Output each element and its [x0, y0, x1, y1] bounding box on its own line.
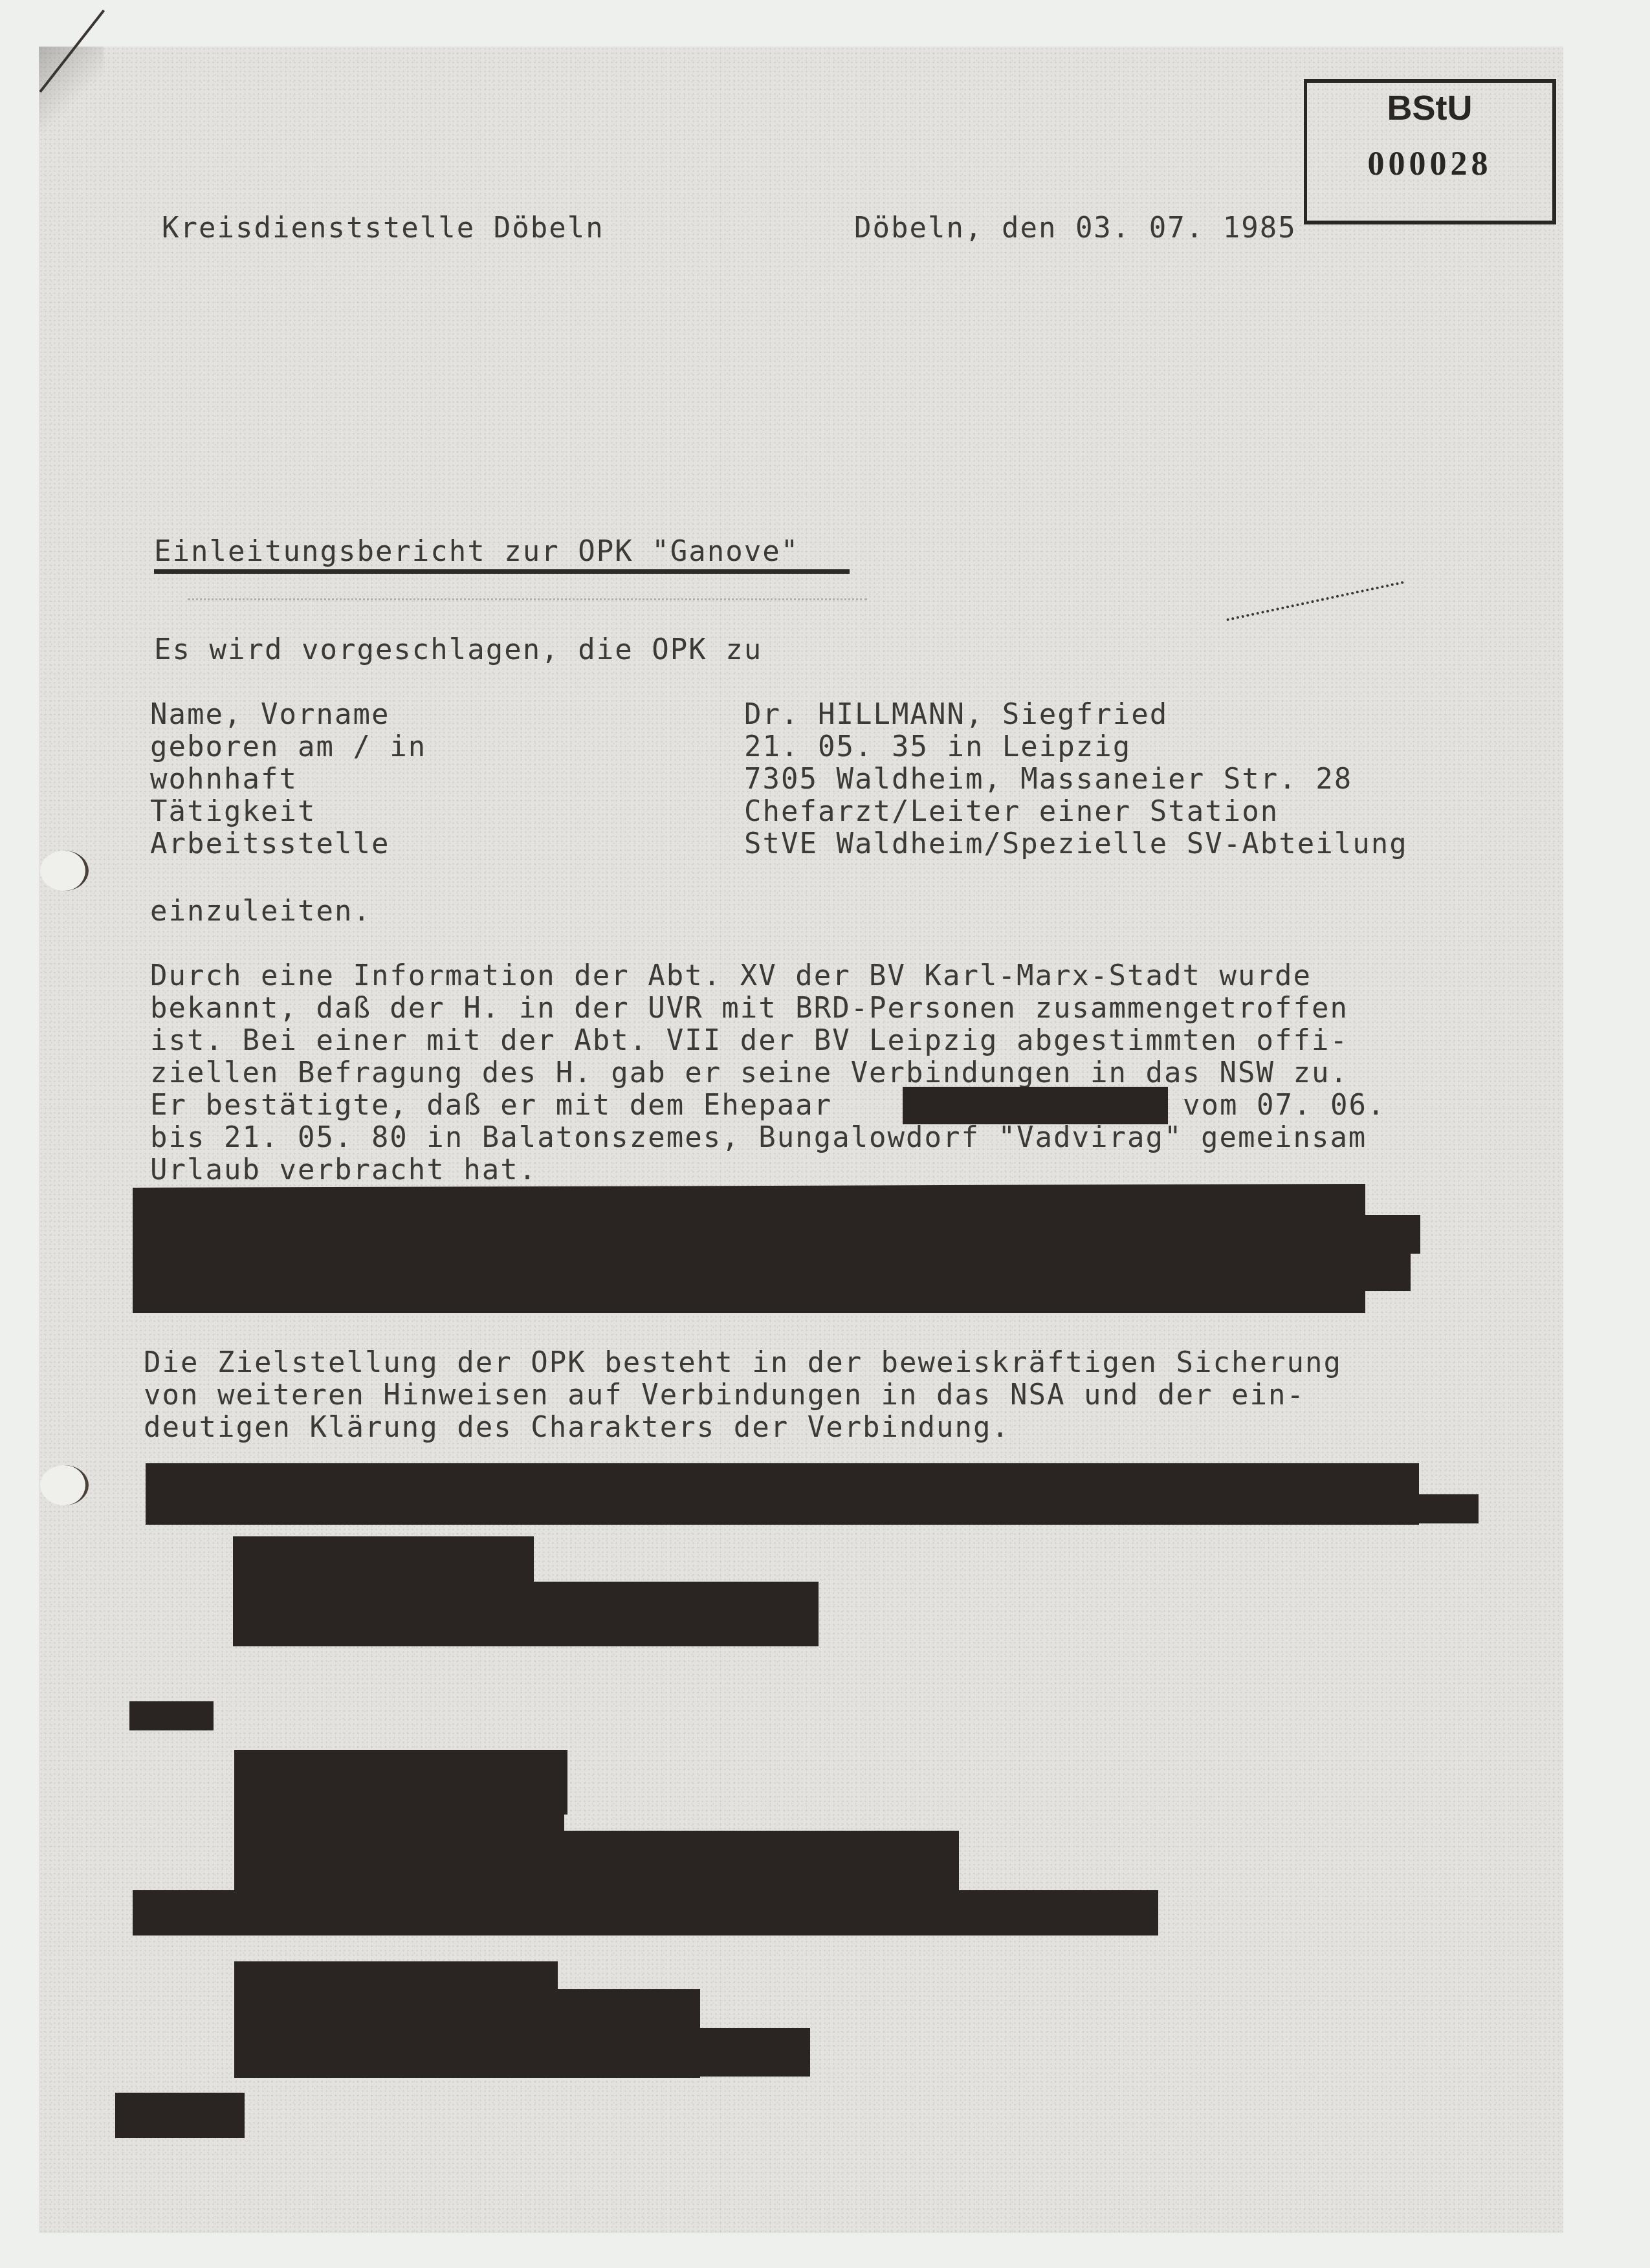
redaction-block: [133, 1184, 1365, 1313]
field-value-name: Dr. HILLMANN, Siegfried: [744, 699, 1168, 731]
field-label-birth: geboren am / in: [150, 731, 426, 763]
field-label-workplace: Arbeitsstelle: [150, 828, 390, 860]
closing-verb: einzuleiten.: [150, 895, 371, 928]
paragraph-line: bis 21. 05. 80 in Balatonszemes, Bungalo…: [150, 1122, 1367, 1154]
redaction-block: [129, 1701, 214, 1730]
redaction-block: [1326, 1215, 1420, 1254]
document-title: Einleitungsbericht zur OPK "Ganove": [154, 536, 799, 568]
punch-hole-bottom: [40, 1465, 89, 1505]
redaction-block: [233, 1582, 819, 1646]
field-label-residence: wohnhaft: [150, 763, 298, 796]
redaction-block: [1333, 1494, 1479, 1523]
paragraph-line: deutigen Klärung des Charakters der Verb…: [144, 1412, 1010, 1444]
paragraph-line: von weiteren Hinweisen auf Verbindungen …: [144, 1379, 1305, 1412]
office-name: Kreisdienststelle Döbeln: [162, 212, 604, 245]
field-value-birth: 21. 05. 35 in Leipzig: [744, 731, 1131, 763]
punch-hole-top: [40, 851, 89, 891]
field-value-workplace: StVE Waldheim/Spezielle SV-Abteilung: [744, 828, 1408, 860]
paragraph-line: Er bestätigte, daß er mit dem Ehepaar: [150, 1089, 832, 1122]
faint-dotted-line: [188, 598, 867, 600]
paragraph-line: Urlaub verbracht hat.: [150, 1154, 537, 1186]
paragraph-line: Durch eine Information der Abt. XV der B…: [150, 960, 1312, 992]
redaction-block: [1359, 1254, 1411, 1291]
redaction-block: [234, 1831, 959, 1895]
archive-stamp: BStU 000028: [1304, 79, 1556, 224]
field-label-occupation: Tätigkeit: [150, 796, 316, 828]
title-underline: [154, 569, 850, 574]
paragraph-line: bekannt, daß der H. in der UVR mit BRD-P…: [150, 992, 1348, 1025]
field-value-residence: 7305 Waldheim, Massaneier Str. 28: [744, 763, 1352, 796]
intro-text: Es wird vorgeschlagen, die OPK zu: [154, 634, 762, 666]
stamp-number: 000028: [1307, 145, 1552, 183]
redaction-block: [133, 1890, 1158, 1935]
stamp-title: BStU: [1307, 88, 1552, 128]
paragraph-line: ist. Bei einer mit der Abt. VII der BV L…: [150, 1025, 1348, 1057]
folded-corner-shadow: [39, 47, 104, 137]
redaction-block: [146, 1463, 1419, 1525]
paragraph-line-tail: vom 07. 06.: [1183, 1089, 1385, 1122]
date-line: Döbeln, den 03. 07. 1985: [854, 212, 1297, 245]
redacted-name: [903, 1087, 1168, 1124]
paragraph-line: ziellen Befragung des H. gab er seine Ve…: [150, 1057, 1348, 1089]
redaction-block: [115, 2093, 245, 2138]
redaction-block: [234, 2028, 810, 2077]
paragraph-line: Die Zielstellung der OPK besteht in der …: [144, 1347, 1342, 1379]
field-value-occupation: Chefarzt/Leiter einer Station: [744, 796, 1279, 828]
field-label-name: Name, Vorname: [150, 699, 390, 731]
